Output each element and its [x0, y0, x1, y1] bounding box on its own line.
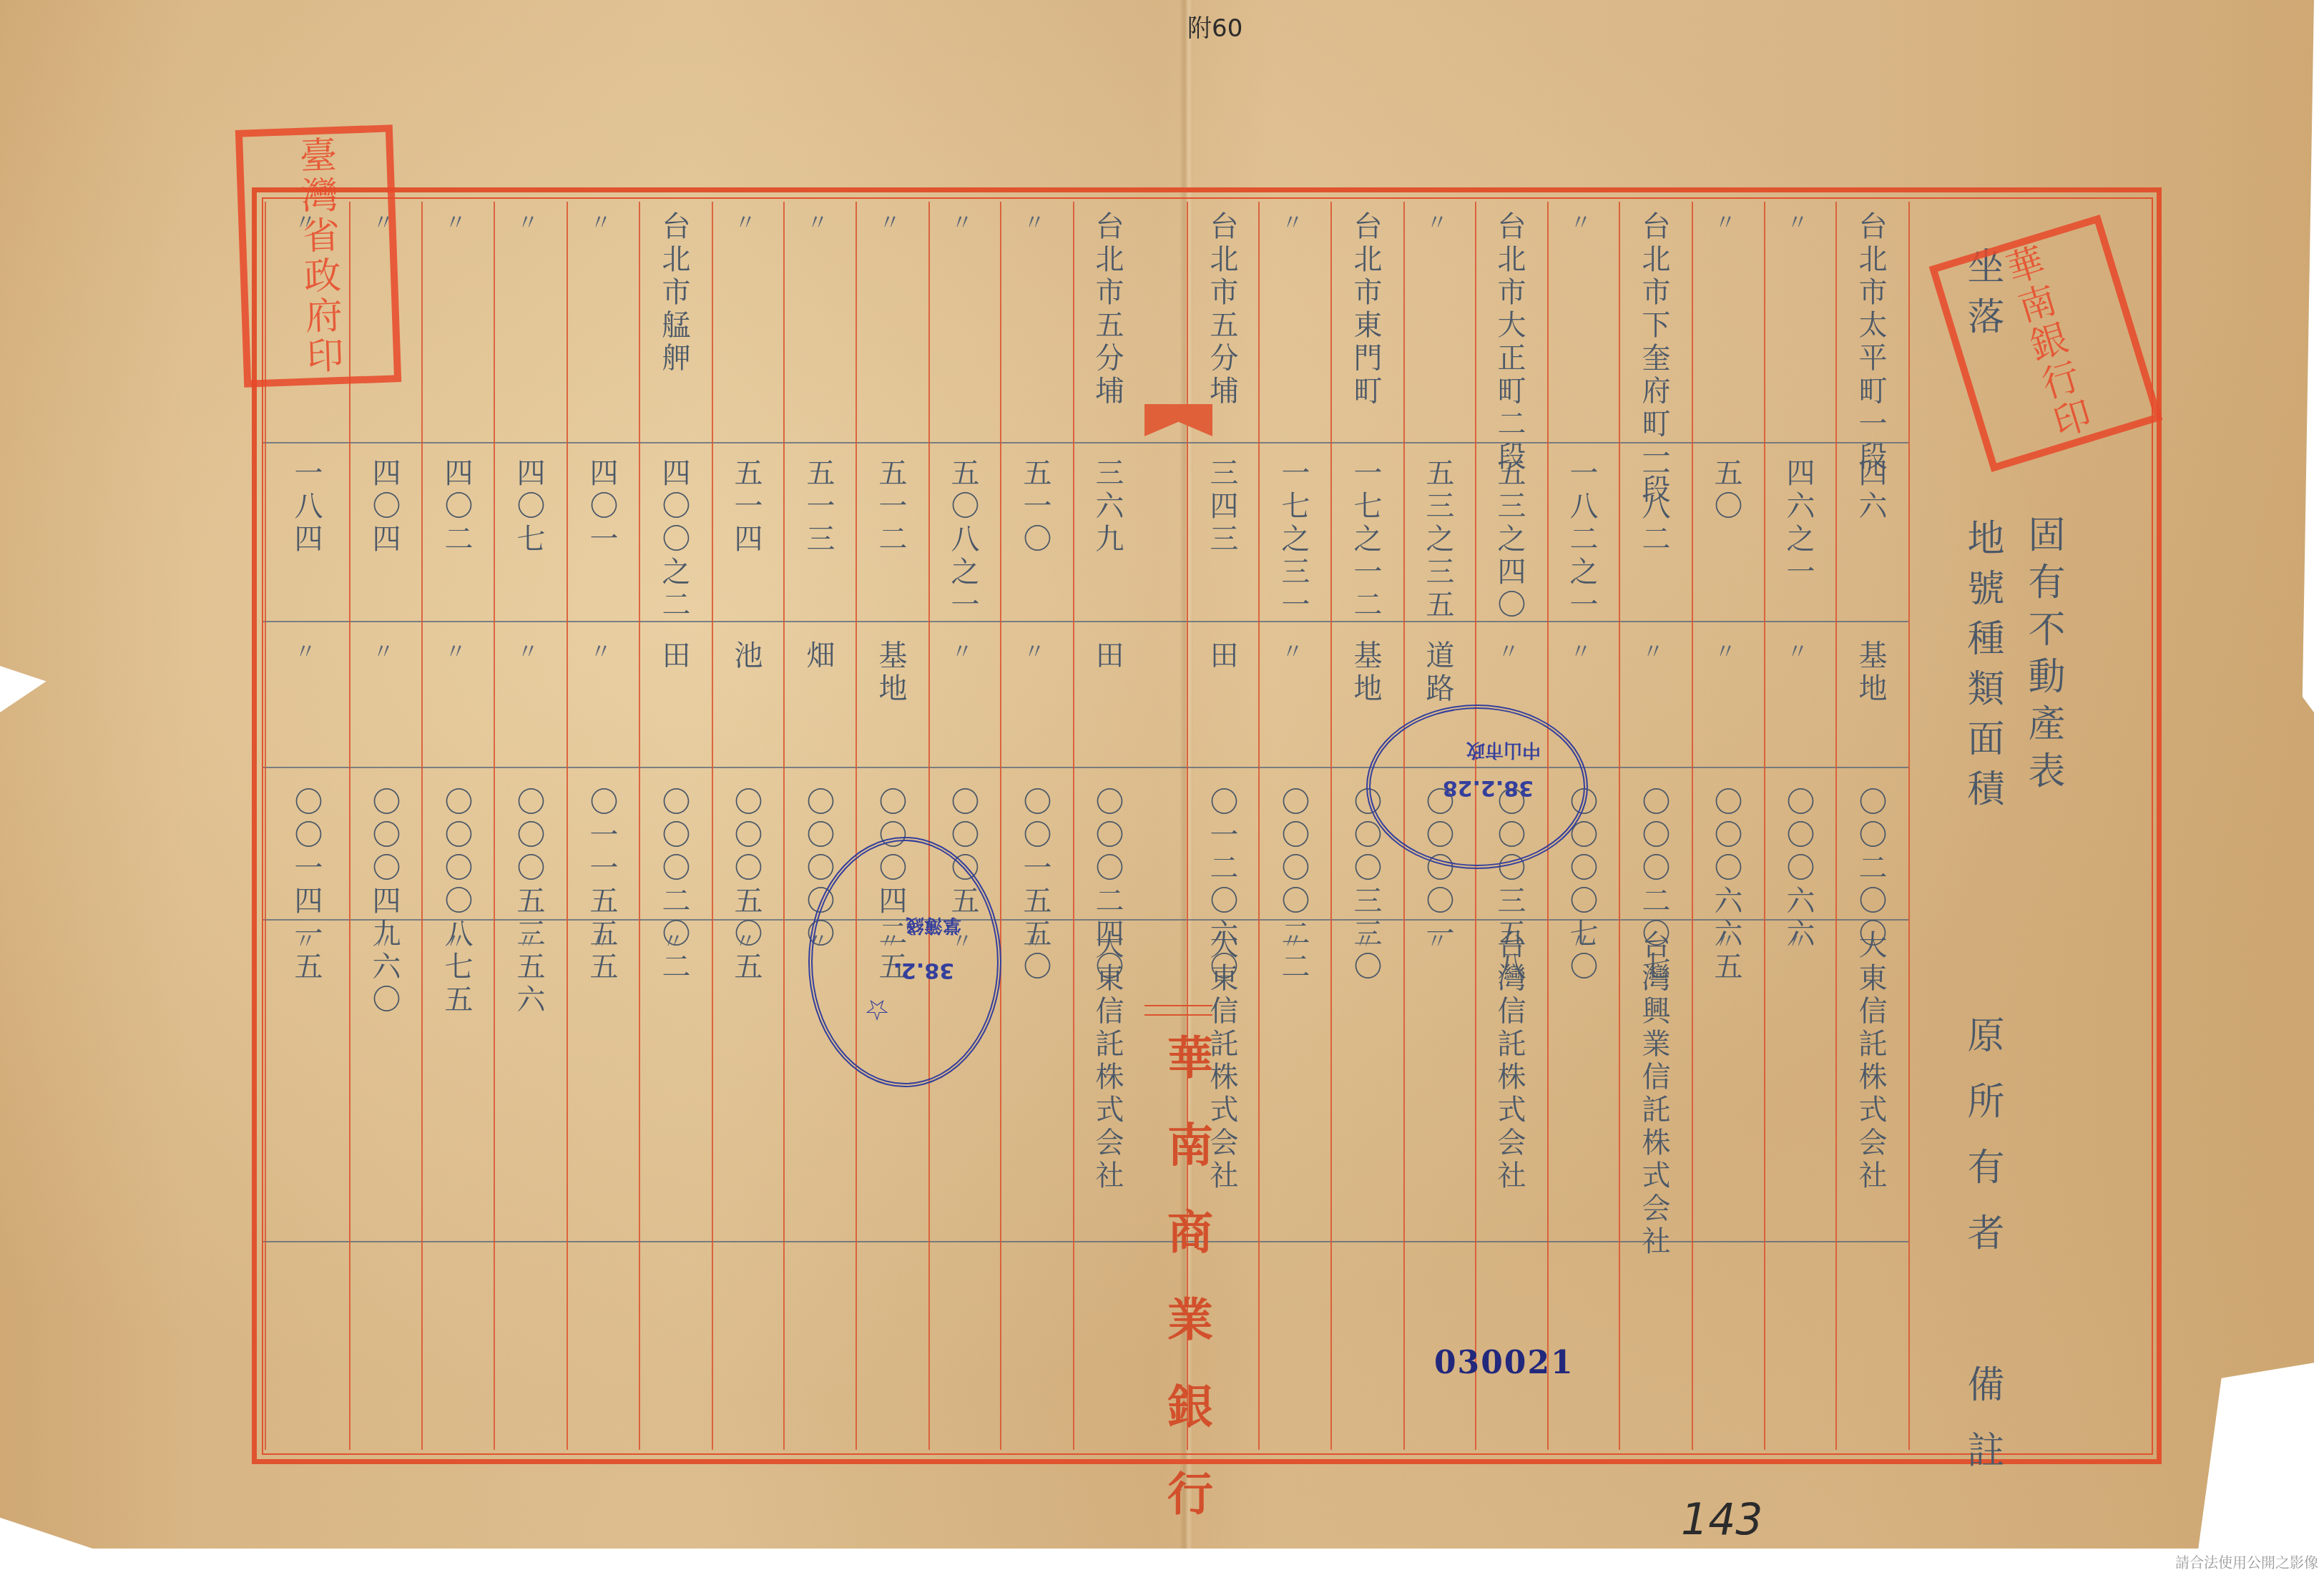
- cell-area: 〇〇二〇〇: [1856, 787, 1885, 951]
- cell-category: 田: [1093, 640, 1122, 673]
- table-title: 固有不動產表: [2024, 515, 2061, 798]
- cell-previous-owner: 大東信託株式会社: [1093, 930, 1122, 1193]
- cell-lot-number: 三六九: [1093, 458, 1122, 556]
- column-rule: [783, 202, 785, 1450]
- cell-lot-number: 一七之三一: [1279, 458, 1308, 622]
- cell-previous-owner: 台灣興業信託株式会社: [1639, 930, 1668, 1259]
- cell-lot-number: 四六之一: [1784, 458, 1813, 589]
- cell-previous-owner: 〃: [514, 930, 536, 956]
- cell-location: 〃: [587, 211, 609, 237]
- cell-previous-owner: 〃: [1279, 930, 1300, 956]
- star-icon: ☆: [864, 993, 890, 1026]
- cell-lot-number: 一七之一二: [1351, 458, 1380, 622]
- cell-location: 〃: [514, 211, 536, 237]
- cell-lot-number: 五一〇: [1021, 458, 1049, 556]
- bank-rule: [1144, 1014, 1212, 1016]
- column-rule: [1000, 202, 1001, 1450]
- cell-location: 台北市五分埔: [1207, 211, 1236, 408]
- cell-category: 道路: [1423, 640, 1452, 706]
- cell-area: 〇〇〇六六: [1784, 787, 1813, 951]
- cell-category: 〃: [442, 640, 464, 666]
- column-rule: [1908, 202, 1910, 1450]
- blue-date-stamp-right: 38.2.28 中山市政: [1366, 705, 1588, 869]
- column-rule: [1835, 202, 1837, 1450]
- row-divider-area: [263, 767, 1908, 768]
- cell-previous-owner: 〃: [660, 930, 681, 956]
- cell-lot-number: 五〇: [1712, 458, 1740, 524]
- column-rule: [712, 202, 713, 1450]
- blue-date-stamp-left: 38.2. 掌簿綫 ☆: [808, 837, 1001, 1087]
- red-seal-left: 臺灣省政府印: [235, 124, 401, 387]
- cell-category: 〃: [1784, 640, 1805, 666]
- cell-lot-number: 五一二: [876, 458, 905, 556]
- cell-lot-number: 五一三: [804, 458, 833, 556]
- cell-location: 台北市五分埔: [1093, 211, 1122, 408]
- cell-previous-owner: 〃: [732, 930, 753, 956]
- column-rule: [494, 202, 495, 1450]
- cell-lot-number: 四〇四: [370, 458, 398, 556]
- cell-previous-owner: 〃: [1423, 930, 1445, 956]
- cell-lot-number: 五三之四〇: [1495, 458, 1524, 622]
- cell-category: 〃: [948, 640, 970, 666]
- cell-previous-owner: 大東信託株式会社: [1856, 930, 1885, 1193]
- cell-lot-number: 五三之三五: [1423, 458, 1452, 622]
- bank-rule: [1144, 1005, 1212, 1006]
- cell-category: 〃: [1495, 640, 1516, 666]
- cell-location: 〃: [1712, 211, 1733, 237]
- cell-category: 〃: [1639, 640, 1661, 666]
- column-rule: [349, 202, 350, 1450]
- cell-category: 〃: [292, 640, 313, 666]
- cell-previous-owner: 〃: [292, 930, 313, 956]
- column-rule: [1258, 202, 1260, 1450]
- column-rule: [1764, 202, 1765, 1450]
- cell-category: 畑: [804, 640, 833, 673]
- cell-location: 〃: [1423, 211, 1445, 237]
- column-rule: [639, 202, 640, 1450]
- cell-lot-number: 四〇二: [442, 458, 471, 556]
- cell-location: 〃: [1567, 211, 1589, 237]
- cell-location: 〃: [1784, 211, 1805, 237]
- cell-lot-number: 四〇一: [587, 458, 616, 556]
- cell-location: 〃: [948, 211, 970, 237]
- cell-lot-number: 一八二: [1639, 458, 1668, 556]
- cell-category: 〃: [587, 640, 609, 666]
- pencil-page-number: 143: [1681, 1495, 1763, 1545]
- cell-location: 〃: [876, 211, 898, 237]
- cell-previous-owner: 〃: [1021, 930, 1042, 956]
- cell-lot-number: 四六: [1856, 458, 1885, 524]
- cell-lot-number: 四〇七: [514, 458, 543, 556]
- cell-location: 〃: [1279, 211, 1300, 237]
- cell-category: 〃: [1021, 640, 1042, 666]
- cell-lot-number: 一八二之一: [1567, 458, 1596, 622]
- cell-lot-number: 四〇〇之二: [660, 458, 688, 622]
- cell-location: 台北市太平町一段: [1856, 211, 1885, 474]
- cell-category: 〃: [514, 640, 536, 666]
- cell-area: 〇〇〇〇八七五: [442, 787, 471, 1017]
- cell-lot-number: 五一四: [732, 458, 760, 556]
- cell-category: 〃: [370, 640, 391, 666]
- cell-location: 〃: [442, 211, 464, 237]
- column-rule: [1073, 202, 1074, 1450]
- cell-category: 〃: [1567, 640, 1589, 666]
- cell-previous-owner: 〃: [1567, 930, 1589, 956]
- cell-category: 池: [732, 640, 760, 673]
- column-rule: [567, 202, 568, 1450]
- cell-previous-owner: 〃: [1351, 930, 1373, 956]
- cell-previous-owner: 〃: [1712, 930, 1733, 956]
- column-rule: [1330, 202, 1332, 1450]
- cell-location: 台北市東門町: [1351, 211, 1380, 408]
- cell-location: 台北市大正町二段: [1495, 211, 1524, 474]
- cell-previous-owner: 〃: [442, 930, 464, 956]
- column-rule: [421, 202, 423, 1450]
- cell-area: 〇〇〇四九六〇: [370, 787, 398, 1017]
- header-owner-remarks: 原所有者備註: [1963, 1016, 2001, 1496]
- cell-category: 基地: [876, 640, 905, 706]
- cell-location: 〃: [732, 211, 753, 237]
- column-rule: [265, 202, 266, 1450]
- cell-previous-owner: 〃: [587, 930, 609, 956]
- column-rule: [1692, 202, 1693, 1450]
- cell-location: 〃: [1021, 211, 1042, 237]
- column-rule: [928, 202, 930, 1450]
- cell-lot-number: 三四三: [1207, 458, 1236, 556]
- cell-previous-owner: 〃: [370, 930, 391, 956]
- cell-location: 〃: [804, 211, 825, 237]
- cell-category: 基地: [1856, 640, 1885, 706]
- cell-lot-number: 五〇八之一: [948, 458, 977, 622]
- row-divider-category: [263, 621, 1908, 622]
- cell-previous-owner: 台灣信託株式会社: [1495, 930, 1524, 1193]
- column-rule: [855, 202, 857, 1450]
- cell-category: 〃: [1712, 640, 1733, 666]
- cell-area: 〇〇〇五三五六: [514, 787, 543, 1017]
- cell-category: 〃: [1279, 640, 1300, 666]
- column-rule: [1619, 202, 1620, 1450]
- cell-category: 基地: [1351, 640, 1380, 706]
- watermark: 請合法使用公開之影像: [2175, 1551, 2318, 1572]
- bank-name: 華南商業銀行: [1153, 1034, 1219, 1557]
- cell-location: 台北市艋舺: [660, 211, 688, 376]
- cell-category: 田: [1207, 640, 1236, 673]
- cell-lot-number: 一八四: [292, 458, 320, 556]
- cell-previous-owner: 〃: [1784, 930, 1805, 956]
- page-mark: 附60: [1187, 9, 1242, 44]
- cell-category: 田: [660, 640, 688, 673]
- serial-number: 030021: [1434, 1345, 1574, 1381]
